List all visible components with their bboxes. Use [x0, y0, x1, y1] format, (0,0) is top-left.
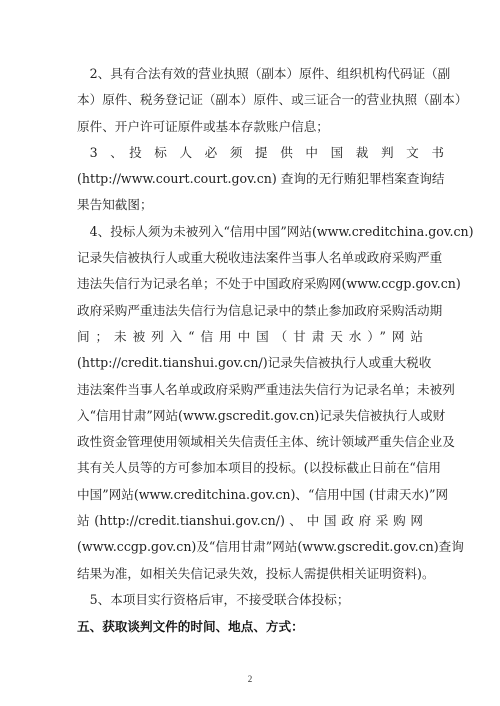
- paragraph-3-line-2: (http://www.court.court.gov.cn) 查询的无行贿犯罪…: [77, 171, 423, 187]
- paragraph-4-line-4: 政府采购严重违法失信行为信息记录中的禁止参加政府采购活动期: [77, 303, 423, 319]
- paragraph-4-line-1: 4、投标人须为未被列入“信用中国”网站(www.creditchina.gov.…: [77, 224, 423, 240]
- paragraph-4-line-9: 政性资金管理使用领域相关失信责任主体、统计领域严重失信企业及: [77, 434, 423, 450]
- paragraph-2-line-1: 2、具有合法有效的营业执照（副本）原件、组织机构代码证（副: [77, 66, 423, 82]
- paragraph-4-line-14: 结果为准，如相关失信记录失效，投标人需提供相关证明资料)。: [77, 566, 423, 582]
- paragraph-4-line-11: 中国”网站(www.creditchina.gov.cn)、“信用中国 (甘肃天…: [77, 487, 423, 503]
- paragraph-4-line-2: 记录失信被执行人或重大税收违法案件当事人名单或政府采购严重: [77, 250, 423, 266]
- paragraph-4-line-8: 入“信用甘肃”网站(www.gscredit.gov.cn)记录失信被执行人或财: [77, 408, 423, 424]
- document-page: 2、具有合法有效的营业执照（副本）原件、组织机构代码证（副 本）原件、税务登记证…: [0, 0, 500, 706]
- paragraph-3-line-1: 3 、 投 标 人 必 须 提 供 中 国 裁 判 文 书: [77, 145, 423, 161]
- paragraph-3-line-3: 果告知截图；: [77, 197, 423, 213]
- paragraph-2-line-3: 原件、开户许可证原件或基本存款账户信息；: [77, 119, 423, 135]
- page-number: 2: [0, 674, 500, 684]
- paragraph-4-line-6: (http://credit.tianshui.gov.cn/)记录失信被执行人…: [77, 355, 423, 371]
- paragraph-4-line-3: 违法失信行为记录名单；不处于中国政府采购网(www.ccgp.gov.cn): [77, 276, 423, 292]
- paragraph-4-line-13: (www.ccgp.gov.cn)及“信用甘肃”网站(www.gscredit.…: [77, 539, 423, 555]
- paragraph-2-line-2: 本）原件、税务登记证（副本）原件、或三证合一的营业执照（副本）: [77, 92, 423, 108]
- paragraph-4-line-12: 站 (http://credit.tianshui.gov.cn/) 、 中 国…: [77, 513, 423, 529]
- paragraph-4-line-7: 违法案件当事人名单或政府采购严重违法失信行为记录名单；未被列: [77, 382, 423, 398]
- section-heading-5: 五、获取谈判文件的时间、地点、方式：: [77, 619, 423, 635]
- paragraph-4-line-10: 其有关人员等的方可参加本项目的投标。(以投标截止日前在“信用: [77, 460, 423, 476]
- paragraph-5-line-1: 5、本项目实行资格后审，不接受联合体投标；: [77, 592, 423, 608]
- paragraph-4-line-5: 间；未被列入“信用中国（甘肃天水）”网站: [77, 329, 423, 345]
